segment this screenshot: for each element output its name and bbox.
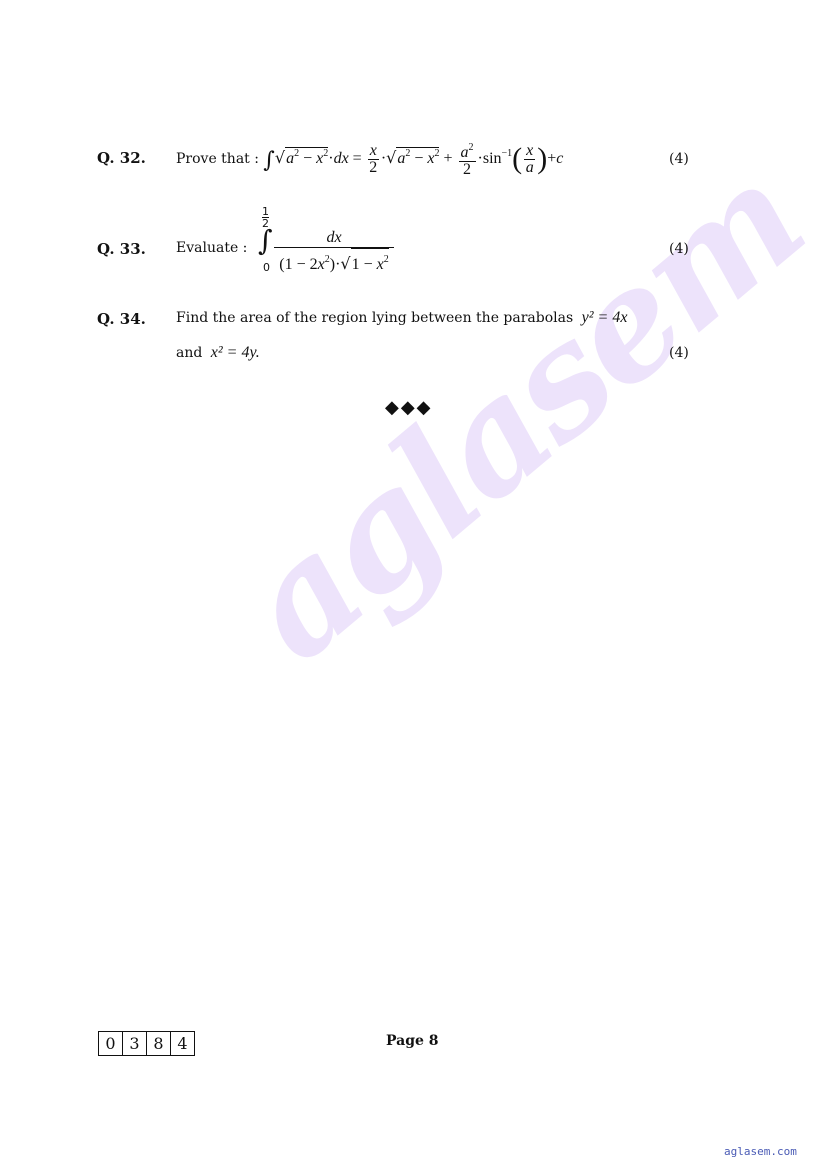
question-33-prompt: Evaluate : xyxy=(176,240,247,256)
integral-sign: ∫ xyxy=(258,224,273,257)
question-number-34: Q. 34. xyxy=(97,310,146,328)
end-marker: ◆◆◆ xyxy=(385,397,433,418)
paper-code-box: 0 3 8 4 xyxy=(98,1031,195,1056)
question-32-marks: (4) xyxy=(669,151,689,167)
question-34-equation-1: y² = 4x xyxy=(582,309,628,326)
question-number-32: Q. 32. xyxy=(97,149,146,167)
site-link[interactable]: aglasem.com xyxy=(724,1145,797,1158)
question-number-33: Q. 33. xyxy=(97,240,146,258)
code-digit: 8 xyxy=(147,1032,171,1055)
code-digit: 3 xyxy=(123,1032,147,1055)
question-34-text: Find the area of the region lying betwee… xyxy=(176,310,573,326)
question-32-formula: ∫√a2 − x2·dx = x2·√a2 − x2 + a22·sin−1(x… xyxy=(263,151,563,167)
lower-limit: 0 xyxy=(263,261,270,274)
question-34-line-1: Find the area of the region lying betwee… xyxy=(176,309,627,327)
watermark: aglasem xyxy=(210,131,827,694)
question-34-marks: (4) xyxy=(669,345,689,361)
question-34-line-2: and x² = 4y. xyxy=(176,344,260,362)
question-34-equation-2: x² = 4y. xyxy=(211,344,260,361)
question-34-and: and xyxy=(176,345,202,361)
code-digit: 4 xyxy=(171,1032,194,1055)
question-33-marks: (4) xyxy=(669,241,689,257)
question-32-body: Prove that : ∫√a2 − x2·dx = x2·√a2 − x2 … xyxy=(176,140,563,178)
question-32-prompt: Prove that : xyxy=(176,151,259,167)
page-number: Page 8 xyxy=(386,1033,439,1049)
question-33-fraction: dx (1 − 2x2)·√1 − x2 xyxy=(274,228,394,276)
code-digit: 0 xyxy=(99,1032,123,1055)
